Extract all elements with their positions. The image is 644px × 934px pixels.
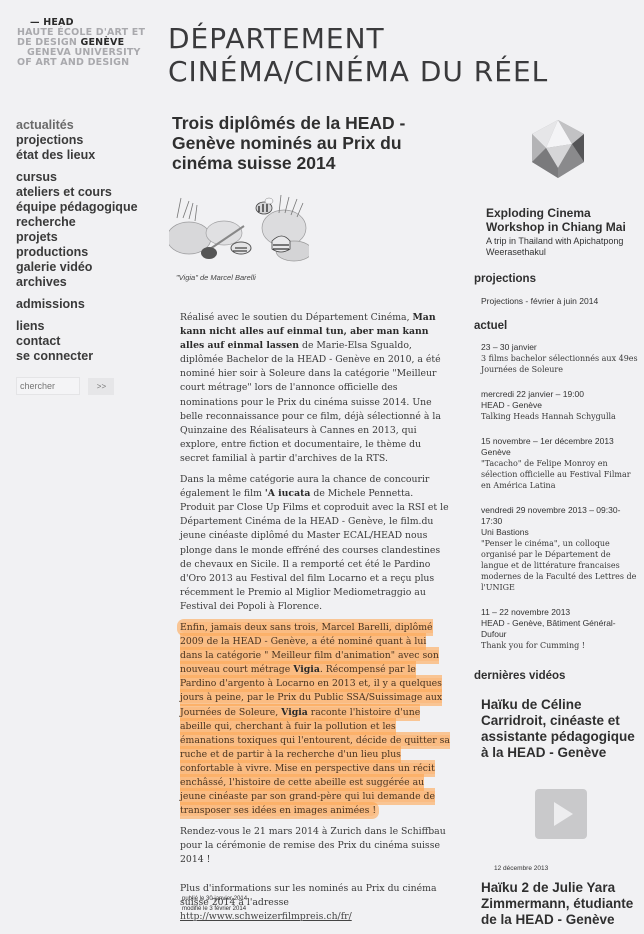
- nav-item-productions[interactable]: productions: [16, 245, 138, 260]
- nav-item-galerie-video[interactable]: galerie vidéo: [16, 260, 138, 275]
- p1-text-b: de Marie-Elsa Sgualdo, diplômée Bachelor…: [180, 340, 441, 464]
- nav-group-misc: liens contact se connecter: [16, 319, 138, 364]
- head-logo[interactable]: — HEAD HAUTE ÉCOLE D'ART ET DE DESIGN GE…: [17, 18, 157, 68]
- logo-line-5: OF ART AND DESIGN: [17, 58, 157, 68]
- event-item[interactable]: 11 – 22 novembre 2013 HEAD - Genève, Bât…: [481, 607, 639, 651]
- search-input[interactable]: [16, 377, 80, 395]
- published-date: publié le 30 janvier 2014: [182, 894, 247, 904]
- event-place: Genève: [481, 447, 639, 458]
- film-title-vigia-2: Vigia: [281, 707, 308, 718]
- nav-item-se-connecter[interactable]: se connecter: [16, 349, 138, 364]
- publication-info: publié le 30 janvier 2014 modifié le 3 f…: [182, 894, 247, 914]
- article-title: Trois diplômés de la HEAD - Genève nomin…: [172, 113, 462, 173]
- event-place: Uni Bastions: [481, 527, 639, 538]
- event-date: vendredi 29 novembre 2013 – 09:30-17:30: [481, 505, 639, 527]
- paragraph-2: Dans la même catégorie aura la chance de…: [180, 473, 450, 614]
- event-date: 23 – 30 janvier: [481, 342, 639, 353]
- event-item[interactable]: 15 novembre – 1er décembre 2013 Genève "…: [481, 436, 639, 491]
- nav-item-liens[interactable]: liens: [16, 319, 138, 334]
- actuel-heading: actuel: [474, 320, 507, 332]
- nav-item-ateliers[interactable]: ateliers et cours: [16, 185, 138, 200]
- event-title[interactable]: "Penser le cinéma", un colloque organisé…: [481, 538, 639, 593]
- sidebar-nav: actualités projections état des lieux cu…: [16, 118, 138, 371]
- nav-item-archives[interactable]: archives: [16, 275, 138, 290]
- events-list: 23 – 30 janvier 3 films bachelor sélecti…: [481, 342, 639, 665]
- article-body: Réalisé avec le soutien du Département C…: [180, 311, 450, 931]
- nav-group-program: cursus ateliers et cours équipe pédagogi…: [16, 170, 138, 290]
- event-date: 11 – 22 novembre 2013: [481, 607, 639, 618]
- video-1-title[interactable]: Haïku de Céline Carridroit, cinéaste et …: [481, 697, 641, 761]
- event-title[interactable]: "Tacacho" de Felipe Monroy en sélection …: [481, 458, 639, 491]
- event-title[interactable]: 3 films bachelor sélectionnés aux 49es J…: [481, 353, 639, 375]
- image-caption: "Vigia" de Marcel Barelli: [176, 273, 256, 282]
- video-2-date: 12 décembre 2013: [494, 865, 548, 872]
- event-item[interactable]: 23 – 30 janvier 3 films bachelor sélecti…: [481, 342, 639, 375]
- film-title-vigia: Vigia: [293, 664, 320, 675]
- projections-item[interactable]: Projections - février à juin 2014: [481, 296, 598, 307]
- event-item[interactable]: mercredi 22 janvier – 19:00 HEAD - Genèv…: [481, 389, 639, 422]
- play-icon[interactable]: [535, 789, 587, 839]
- nav-item-admissions[interactable]: admissions: [16, 297, 138, 312]
- film-title-a-iucata: 'A iucata: [265, 488, 311, 499]
- article-illustration: [169, 193, 309, 263]
- search-submit-button[interactable]: >>: [88, 378, 114, 395]
- event-place: HEAD - Genève: [481, 400, 639, 411]
- highlight-marker: Enfin, jamais deux sans trois, Marcel Ba…: [180, 622, 450, 816]
- modified-date: modifié le 3 février 2014: [182, 904, 247, 914]
- nav-item-projets[interactable]: projets: [16, 230, 138, 245]
- projections-heading: projections: [474, 273, 536, 285]
- event-title[interactable]: Thank you for Cumming !: [481, 640, 639, 651]
- nav-item-equipe[interactable]: équipe pédagogique: [16, 200, 138, 215]
- department-title: DÉPARTEMENT CINÉMA/CINÉMA DU RÉEL: [168, 22, 548, 88]
- nav-item-contact[interactable]: contact: [16, 334, 138, 349]
- nav-item-cursus[interactable]: cursus: [16, 170, 138, 185]
- department-title-line1: DÉPARTEMENT: [168, 22, 548, 55]
- feature-box[interactable]: Exploding Cinema Workshop in Chiang Mai …: [486, 206, 636, 258]
- p2-text-b: de Michele Pennetta. Produit par Close U…: [180, 488, 449, 612]
- event-title[interactable]: Talking Heads Hannah Schygulla: [481, 411, 639, 422]
- paragraph-3-highlighted: Enfin, jamais deux sans trois, Marcel Ba…: [180, 621, 450, 818]
- p1-text-a: Réalisé avec le soutien du Département C…: [180, 312, 413, 323]
- event-item[interactable]: vendredi 29 novembre 2013 – 09:30-17:30 …: [481, 505, 639, 593]
- nav-group-admissions: admissions: [16, 297, 138, 312]
- event-date: mercredi 22 janvier – 19:00: [481, 389, 639, 400]
- feature-subtitle: A trip in Thailand with Apichatpong Weer…: [486, 236, 636, 258]
- video-2-title[interactable]: Haïku 2 de Julie Yara Zimmermann, étudia…: [481, 880, 641, 928]
- nav-item-projections[interactable]: projections: [16, 133, 138, 148]
- videos-heading: dernières vidéos: [474, 670, 565, 682]
- event-place: HEAD - Genève, Bâtiment Général-Dufour: [481, 618, 639, 640]
- search-form: >>: [16, 376, 114, 395]
- feature-title[interactable]: Exploding Cinema Workshop in Chiang Mai: [486, 206, 636, 234]
- event-date: 15 novembre – 1er décembre 2013: [481, 436, 639, 447]
- department-title-line2: CINÉMA/CINÉMA DU RÉEL: [168, 55, 548, 88]
- nav-group-news: actualités projections état des lieux: [16, 118, 138, 163]
- p3-text-c: raconte l'histoire d'une abeille qui, ch…: [180, 707, 450, 817]
- nav-item-etat-des-lieux[interactable]: état des lieux: [16, 148, 138, 163]
- paragraph-4: Rendez-vous le 21 mars 2014 à Zurich dan…: [180, 825, 450, 867]
- polyhedron-icon[interactable]: [528, 118, 588, 180]
- paragraph-1: Réalisé avec le soutien du Département C…: [180, 311, 450, 466]
- nav-item-actualites[interactable]: actualités: [16, 118, 138, 133]
- nav-item-recherche[interactable]: recherche: [16, 215, 138, 230]
